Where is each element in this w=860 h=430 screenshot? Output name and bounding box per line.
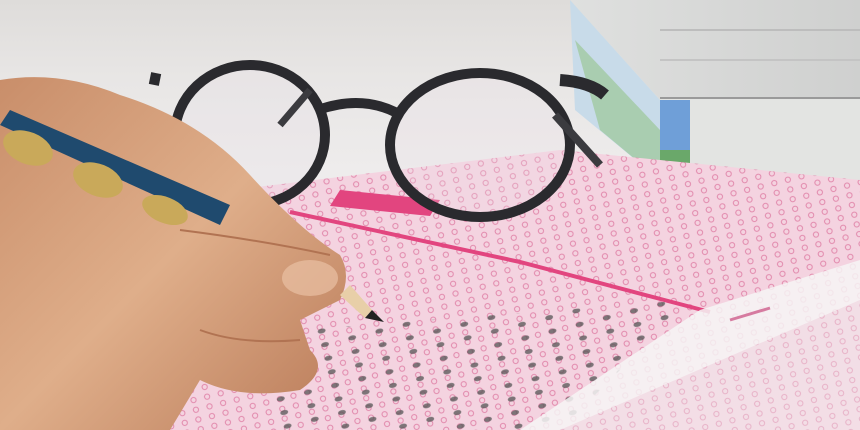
photo-illustration xyxy=(0,0,860,430)
book-stack xyxy=(570,0,860,182)
photo-scene xyxy=(0,0,860,430)
